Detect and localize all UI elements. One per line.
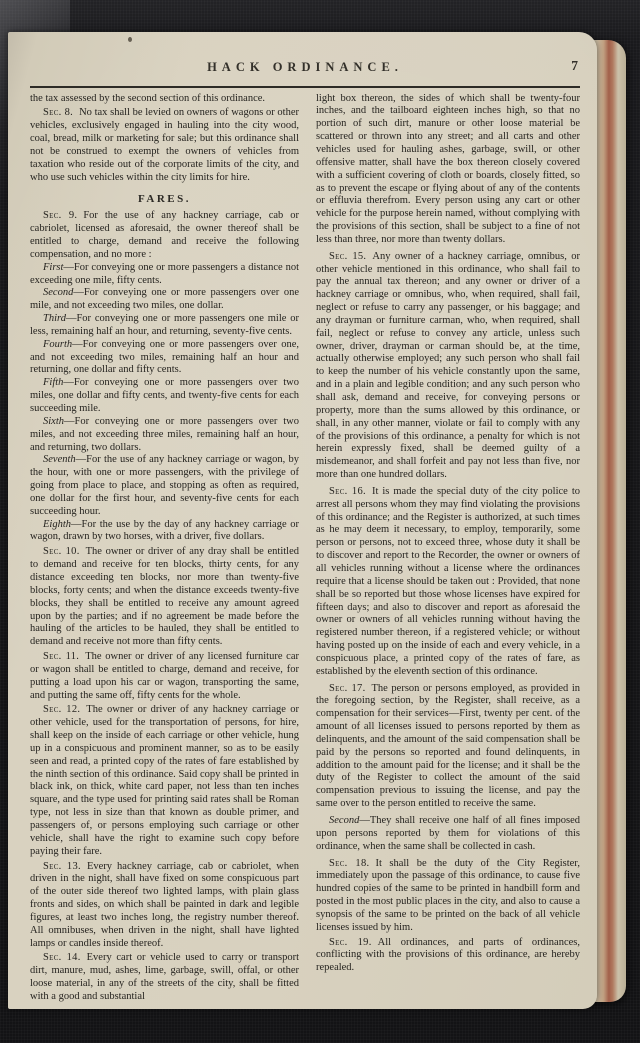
fare-ordinal: Second [43,287,73,298]
fare-item: First—For conveying one or more passenge… [30,262,299,288]
section-text: No tax shall be levied on owners of wago… [30,107,299,182]
fare-item: Fifth—For conveying one or more passenge… [30,377,299,416]
section-label: Sec. 11. [43,651,79,662]
paragraph-sec14: Sec. 14.Every cart or vehicle used to ca… [30,952,299,1003]
paragraph-sec16: Sec. 16.It is made the special duty of t… [316,486,580,679]
fare-item: Seventh—For the use of any hackney carri… [30,454,299,518]
fare-text: —For conveying one or more passengers ov… [30,416,299,453]
page-content: HACK ORDINANCE. 7 the tax assessed by th… [30,52,580,1004]
fare-ordinal: Seventh [43,454,76,465]
paragraph-second-clause: Second—They shall receive one half of al… [316,815,580,854]
running-head: HACK ORDINANCE. 7 [30,52,580,86]
paragraph-sec19: Sec. 19.All ordinances, and parts of ord… [316,937,580,976]
fares-heading: FARES. [30,193,299,206]
section-label: Sec. 18. [329,858,369,869]
section-label: Sec. 17. [329,683,366,694]
section-label: Sec. 13. [43,861,81,872]
fare-item: Second—For conveying one or more passeng… [30,287,299,313]
section-label: Sec. 8. [43,107,73,118]
section-text: It is made the special duty of the city … [316,486,580,677]
clause-ordinal: Second [329,815,359,826]
paragraph-sec12: Sec. 12.The owner or driver of any hackn… [30,704,299,858]
section-label: Sec. 15. [329,251,366,262]
text-columns: the tax assessed by the second section o… [30,93,580,1004]
fare-text: —For conveying one or more passengers a … [30,262,299,286]
paragraph-sec9: Sec. 9.For the use of any hackney carria… [30,210,299,261]
paragraph-sec11: Sec. 11.The owner or driver of any licen… [30,651,299,702]
section-label: Sec. 19. [329,937,372,948]
section-text: The owner or driver of any hackney carri… [30,704,299,856]
paragraph-sec13: Sec. 13.Every hackney carriage, cab or c… [30,861,299,951]
paragraph-sec8: Sec. 8.No tax shall be levied on owners … [30,107,299,184]
section-text: Any owner of a hackney carriage, omnibus… [316,251,580,480]
paragraph-sec10: Sec. 10.The owner or driver of any dray … [30,546,299,649]
section-text: The owner or driver of any dray shall be… [30,546,299,647]
fare-ordinal: Fourth [43,339,72,350]
fare-ordinal: Eighth [43,519,71,530]
section-label: Sec. 14. [43,952,81,963]
section-label: Sec. 10. [43,546,80,557]
paragraph-sec17: Sec. 17.The person or persons employed, … [316,683,580,811]
scanned-page: HACK ORDINANCE. 7 the tax assessed by th… [8,32,597,1009]
right-column: light box thereon, the sides of which sh… [316,93,580,1004]
section-label: Sec. 12. [43,704,80,715]
paragraph-sec15: Sec. 15.Any owner of a hackney carriage,… [316,251,580,482]
paragraph-text: light box thereon, the sides of which sh… [316,93,580,245]
fare-item: Third—For conveying one or more passenge… [30,313,299,339]
fare-text: —For the use by the day of any hackney c… [30,519,299,543]
fare-ordinal: Fifth [43,377,63,388]
page-number: 7 [571,58,578,74]
left-column: the tax assessed by the second section o… [30,93,299,1004]
page-title: HACK ORDINANCE. [30,60,580,75]
section-text: Every hackney carriage, cab or cabriolet… [30,861,299,949]
fare-ordinal: Sixth [43,416,64,427]
paragraph-text: the tax assessed by the second section o… [30,93,265,104]
fare-item: Eighth—For the use by the day of any hac… [30,519,299,545]
paragraph-continuation: light box thereon, the sides of which sh… [316,93,580,247]
fare-text: —For conveying one or more passengers ov… [30,377,299,414]
paragraph-sec18: Sec. 18.It shall be the duty of the City… [316,858,580,935]
section-label: Sec. 9. [43,210,77,221]
section-text: The person or persons employed, as provi… [316,683,580,810]
fare-ordinal: First [43,262,63,273]
fare-text: —For conveying one or more passengers on… [30,313,299,337]
ink-speck [128,37,132,42]
paragraph-continuation: the tax assessed by the second section o… [30,93,299,106]
section-label: Sec. 16. [329,486,366,497]
fare-ordinal: Third [43,313,66,324]
fare-item: Sixth—For conveying one or more passenge… [30,416,299,455]
fare-item: Fourth—For conveying one or more passeng… [30,339,299,378]
header-rule [30,86,580,88]
